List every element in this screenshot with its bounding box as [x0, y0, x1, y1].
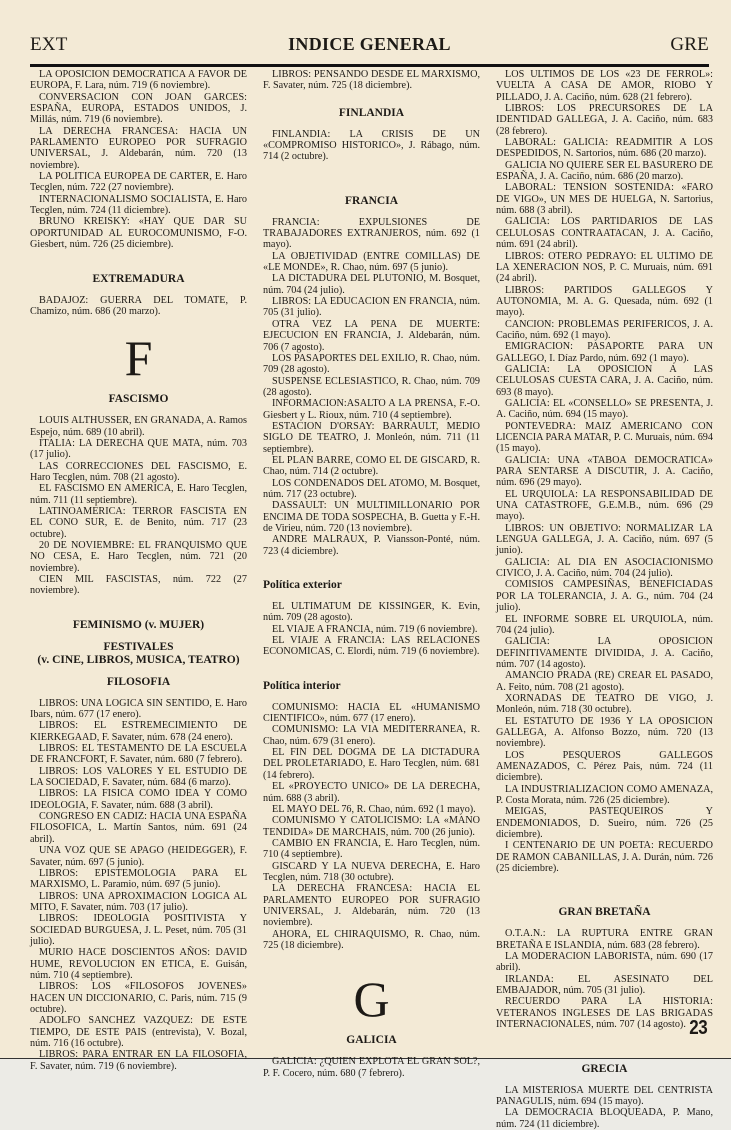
index-entry: LIBROS: LOS VALORES Y EL ESTUDIO DE LA S…: [30, 766, 247, 789]
index-entry: LA DERECHA FRANCESA: HACIA UN PARLAMENTO…: [30, 126, 247, 171]
index-entry: ESTACION D'ORSAY: BARRAULT, MEDIO SIGLO …: [263, 421, 480, 455]
index-entry: LA MODERACION LABORISTA, núm. 690 (17 ab…: [496, 951, 713, 974]
index-entry: BADAJOZ: GUERRA DEL TOMATE, P. Chamizo, …: [30, 295, 247, 318]
index-entry: LAS CORRECCIONES DEL FASCISMO, E. Haro T…: [30, 461, 247, 484]
index-entry: GALICIA: LA OPOSICION DEFINITIVAMENTE DI…: [496, 636, 713, 670]
index-entry: RECUERDO PARA LA HISTORIA: VETERANOS ING…: [496, 996, 713, 1030]
section-title-finlandia: FINLANDIA: [263, 107, 480, 120]
letter-divider-f: F: [30, 332, 247, 384]
page-title: INDICE GENERAL: [30, 34, 709, 55]
entry-list: LOS ULTIMOS DE LOS «23 DE FERROL»: VUELT…: [496, 69, 713, 874]
entry-list: FRANCIA: EXPULSIONES DE TRABAJADORES EXT…: [263, 217, 480, 557]
index-entry: CONVERSACION CON JOAN GARCES: ESPAÑA, EU…: [30, 92, 247, 126]
index-entry: LOUIS ALTHUSSER, EN GRANADA, A. Ramos Es…: [30, 415, 247, 438]
section-title-francia: FRANCIA: [263, 195, 480, 208]
index-entry: LIBROS: EPISTEMOLOGIA PARA EL MARXISMO, …: [30, 868, 247, 891]
index-entry: LIBROS: OTERO PEDRAYO: EL ULTIMO DE LA X…: [496, 251, 713, 285]
index-entry: COMUNISMO: HACIA EL «HUMANISMO CIENTIFIC…: [263, 702, 480, 725]
index-entry: LA DICTADURA DEL PLUTONIO, M. Bosquet, n…: [263, 273, 480, 296]
index-entry: LIBROS: LOS PRECURSORES DE LA IDENTIDAD …: [496, 103, 713, 137]
index-entry: LOS PESQUEROS GALLEGOS AMENAZADOS, C. Pé…: [496, 750, 713, 784]
subsection-title-politica-interior: Política interior: [263, 680, 480, 693]
entry-list: EL ULTIMATUM DE KISSINGER, K. Evin, núm.…: [263, 601, 480, 658]
index-entry: GALICIA: LOS PARTIDARIOS DE LAS CELULOSA…: [496, 216, 713, 250]
index-entry: ANDRE MALRAUX, P. Viansson-Ponté, núm. 7…: [263, 534, 480, 557]
index-entry: INFORMACION:ASALTO A LA PRENSA, F.-O. Gi…: [263, 398, 480, 421]
index-entry: LIBROS: EL ESTREMECIMIENTO DE KIERKEGAAD…: [30, 720, 247, 743]
index-entry: 20 DE NOVIEMBRE: EL FRANQUISMO QUE NO CE…: [30, 540, 247, 574]
index-column-1: LA OPOSICION DEMOCRATICA A FAVOR DE EURO…: [30, 69, 247, 1071]
index-entry: LOS PASAPORTES DEL EXILIO, R. Chao, núm.…: [263, 353, 480, 376]
index-entry: LA OPOSICION DEMOCRATICA A FAVOR DE EURO…: [30, 69, 247, 92]
index-entry: CANCION: PROBLEMAS PERIFERICOS, J. A. Ca…: [496, 319, 713, 342]
index-entry: LIBROS: LOS «FILOSOFOS JOVENES» HACEN UN…: [30, 981, 247, 1015]
index-entry: IRLANDA: EL ASESINATO DEL EMBAJADOR, núm…: [496, 974, 713, 997]
index-entry: COMISIOS CAMPESIÑAS, BENEFICIADAS POR LA…: [496, 579, 713, 613]
index-entry: AMANCIO PRADA (RE) CREAR EL PASADO, A. F…: [496, 670, 713, 693]
index-entry: LA DERECHA FRANCESA: HACIA EL PARLAMENTO…: [263, 883, 480, 928]
index-entry: OTRA VEZ LA PENA DE MUERTE: EJECUCION EN…: [263, 319, 480, 353]
index-entry: EL PLAN BARRE, COMO EL DE GISCARD, R. Ch…: [263, 455, 480, 478]
index-entry: GALICIA: UNA «TABOA DEMOCRATICA» PARA SE…: [496, 455, 713, 489]
section-title-extremadura: EXTREMADURA: [30, 273, 247, 286]
index-entry: EL VIAJE A FRANCIA, núm. 719 (6 noviembr…: [263, 624, 480, 635]
index-entry: BRUNO KREISKY: «HAY QUE DAR SU OPORTUNID…: [30, 216, 247, 250]
index-entry: PONTEVEDRA: MAIZ AMERICANO CON LICENCIA …: [496, 421, 713, 455]
index-entry: LIBROS: UNA LOGICA SIN SENTIDO, E. Haro …: [30, 698, 247, 721]
index-entry: AHORA, EL CHIRAQUISMO, R. Chao, núm. 725…: [263, 929, 480, 952]
index-entry: EL ULTIMATUM DE KISSINGER, K. Evin, núm.…: [263, 601, 480, 624]
page-number: 23: [689, 1017, 707, 1040]
index-entry: LIBROS: IDEOLOGIA POSITIVISTA Y SOCIEDAD…: [30, 913, 247, 947]
index-entry: LIBROS: UN OBJETIVO: NORMALIZAR LA LENGU…: [496, 523, 713, 557]
index-entry: MURIO HACE DOSCIENTOS AÑOS: DAVID HUME, …: [30, 947, 247, 981]
index-entry: FRANCIA: EXPULSIONES DE TRABAJADORES EXT…: [263, 217, 480, 251]
index-entry: I CENTENARIO DE UN POETA: RECUERDO DE RA…: [496, 840, 713, 874]
index-entry: LIBROS: LA EDUCACION EN FRANCIA, núm. 70…: [263, 296, 480, 319]
index-entry: EL FIN DEL DOGMA DE LA DICTADURA DEL PRO…: [263, 747, 480, 781]
entry-list: LIBROS: UNA LOGICA SIN SENTIDO, E. Haro …: [30, 698, 247, 1071]
index-entry: LOS ULTIMOS DE LOS «23 DE FERROL»: VUELT…: [496, 69, 713, 103]
letter-divider-g: G: [263, 973, 480, 1025]
index-entry: CONGRESO EN CADIZ: HACIA UNA ESPAÑA FILO…: [30, 811, 247, 845]
entry-list: LIBROS: PENSANDO DESDE EL MARXISMO, F. S…: [263, 69, 480, 92]
index-entry: ADOLFO SANCHEZ VAZQUEZ: DE ESTE TIEMPO, …: [30, 1015, 247, 1049]
entry-list: FINLANDIA: LA CRISIS DE UN «COMPROMISO H…: [263, 129, 480, 163]
index-entry: EL VIAJE A FRANCIA: LAS RELACIONES ECONO…: [263, 635, 480, 658]
entry-list: GALICIA: ¿QUIEN EXPLOTA EL GRAN SOL?, P.…: [263, 1056, 480, 1071]
index-entry: SUSPENSE ECLESIASTICO, R. Chao, núm. 709…: [263, 376, 480, 399]
section-title-galicia: GALICIA: [263, 1034, 480, 1047]
index-entry: LIBROS: UNA APROXIMACION LOGICA AL MITO,…: [30, 891, 247, 914]
entry-list: LA OPOSICION DEMOCRATICA A FAVOR DE EURO…: [30, 69, 247, 251]
page-header: EXT INDICE GENERAL GRE: [30, 34, 709, 67]
index-entry: XORNADAS DE TEATRO DE VIGO, J. Monleón, …: [496, 693, 713, 716]
index-entry: GALICIA: EL «CONSELLO» SE PRESENTA, J. A…: [496, 398, 713, 421]
section-title-fascismo: FASCISMO: [30, 393, 247, 406]
index-entry: LIBROS: PARTIDOS GALLEGOS Y AUTONOMIA, M…: [496, 285, 713, 319]
index-entry: LIBROS: LA FISICA COMO IDEA Y COMO IDEOL…: [30, 788, 247, 811]
index-entry: GALICIA NO QUIERE SER EL BASURERO DE ESP…: [496, 160, 713, 183]
index-entry: LIBROS: PENSANDO DESDE EL MARXISMO, F. S…: [263, 69, 480, 92]
index-entry: LIBROS: PARA ENTRAR EN LA FILOSOFIA, F. …: [30, 1049, 247, 1071]
index-entry: COMUNISMO Y CATOLICISMO: LA «MANO TENDID…: [263, 815, 480, 838]
index-entry: LA INDUSTRIALIZACION COMO AMENAZA, P. Co…: [496, 784, 713, 807]
entry-list: COMUNISMO: HACIA EL «HUMANISMO CIENTIFIC…: [263, 702, 480, 952]
section-title-gran-bretana: GRAN BRETAÑA: [496, 906, 713, 919]
header-range-end: GRE: [670, 34, 709, 56]
index-column-3: LOS ULTIMOS DE LOS «23 DE FERROL»: VUELT…: [496, 69, 713, 1071]
index-entry: CAMBIO EN FRANCIA, E. Haro Tecglen, núm.…: [263, 838, 480, 861]
index-column-2: LIBROS: PENSANDO DESDE EL MARXISMO, F. S…: [263, 69, 480, 1071]
index-entry: DASSAULT: UN MULTIMILLONARIO POR ENCIMA …: [263, 500, 480, 534]
subsection-title-politica-exterior: Política exterior: [263, 579, 480, 592]
index-entry: GISCARD Y LA NUEVA DERECHA, E. Haro Tecg…: [263, 861, 480, 884]
index-entry: GALICIA: LA OPOSICION A LAS CELULOSAS CU…: [496, 364, 713, 398]
index-entry: EL FASCISMO EN AMERICA, E. Haro Tecglen,…: [30, 483, 247, 506]
index-entry: INTERNACIONALISMO SOCIALISTA, E. Haro Te…: [30, 194, 247, 217]
section-title-filosofia: FILOSOFIA: [30, 676, 247, 689]
section-subtitle-festivales: (v. CINE, LIBROS, MUSICA, TEATRO): [30, 654, 247, 667]
section-title-festivales: FESTIVALES: [30, 641, 247, 654]
index-entry: LABORAL: GALICIA: READMITIR A LOS DESPED…: [496, 137, 713, 160]
index-entry: GALICIA: ¿QUIEN EXPLOTA EL GRAN SOL?, P.…: [263, 1056, 480, 1071]
index-entry: GALICIA: AL DIA EN ASOCIACIONISMO CIVICO…: [496, 557, 713, 580]
index-entry: FINLANDIA: LA CRISIS DE UN «COMPROMISO H…: [263, 129, 480, 163]
index-entry: LA OBJETIVIDAD (ENTRE COMILLAS) DE «LE M…: [263, 251, 480, 274]
index-entry: LOS CONDENADOS DEL ATOMO, M. Bosquet, nú…: [263, 478, 480, 501]
index-entry: COMUNISMO: LA VIA MEDITERRANEA, R. Chao,…: [263, 724, 480, 747]
section-title-feminismo: FEMINISMO (v. MUJER): [30, 619, 247, 632]
index-entry: LA POLITICA EUROPEA DE CARTER, E. Haro T…: [30, 171, 247, 194]
index-entry: EL «PROYECTO UNICO» DE LA DERECHA, núm. …: [263, 781, 480, 804]
section-title-grecia: GRECIA: [496, 1063, 713, 1072]
entry-list: O.T.A.N.: LA RUPTURA ENTRE GRAN BRETAÑA …: [496, 928, 713, 1030]
entry-list: BADAJOZ: GUERRA DEL TOMATE, P. Chamizo, …: [30, 295, 247, 318]
index-entry: EMIGRACION: PASAPORTE PARA UN GALLEGO, I…: [496, 341, 713, 364]
index-entry: LATINOAMERICA: TERROR FASCISTA EN EL CON…: [30, 506, 247, 540]
index-entry: EL INFORME SOBRE EL URQUIOLA, núm. 704 (…: [496, 614, 713, 637]
index-entry: EL URQUIOLA: LA RESPONSABILIDAD DE UNA C…: [496, 489, 713, 523]
index-entry: O.T.A.N.: LA RUPTURA ENTRE GRAN BRETAÑA …: [496, 928, 713, 951]
entry-list: LOUIS ALTHUSSER, EN GRANADA, A. Ramos Es…: [30, 415, 247, 597]
index-page: EXT INDICE GENERAL GRE LA OPOSICION DEMO…: [0, 0, 731, 1059]
index-entry: EL MAYO DEL 76, R. Chao, núm. 692 (1 may…: [263, 804, 480, 815]
index-entry: CIEN MIL FASCISTAS, núm. 722 (27 noviemb…: [30, 574, 247, 597]
index-entry: EL ESTATUTO DE 1936 Y LA OPOSICION GALLE…: [496, 716, 713, 750]
index-entry: UNA VOZ QUE SE APAGO (HEIDEGGER), F. Sav…: [30, 845, 247, 868]
index-entry: MEIGAS, PASTEQUEIROS Y ENDEMONIADOS, D. …: [496, 806, 713, 840]
index-entry: LABORAL: TENSION SOSTENIDA: «FARO DE VIG…: [496, 182, 713, 216]
index-entry: ITALIA: LA DERECHA QUE MATA, núm. 703 (1…: [30, 438, 247, 461]
index-entry: LIBROS: EL TESTAMENTO DE LA ESCUELA DE F…: [30, 743, 247, 766]
